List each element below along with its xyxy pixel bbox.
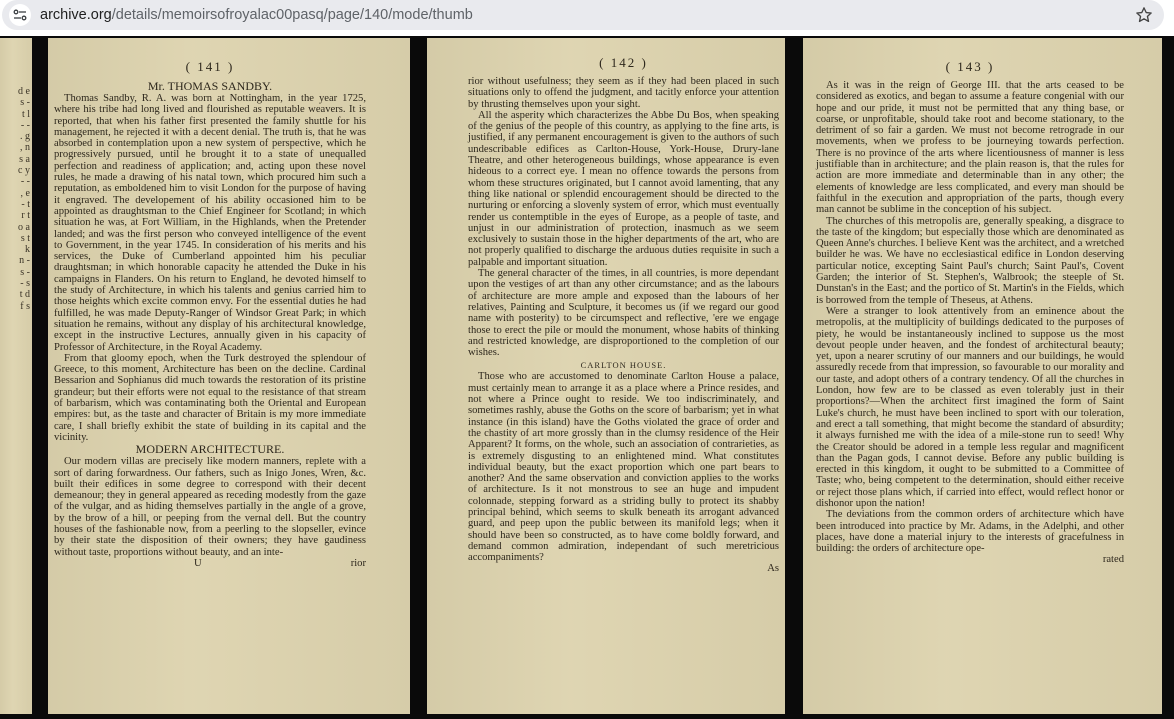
address-bar[interactable]: archive.org/details/memoirsofroyalac00pa… xyxy=(2,0,1164,30)
paragraph: Our modern villas are precisely like mod… xyxy=(54,456,366,558)
page-number: ( 142 ) xyxy=(468,56,779,70)
page-content: ( 142 ) rior without usefulness; they se… xyxy=(468,56,779,574)
page-text-fragment: d e s - t l - - . g , n s a c y - - , e … xyxy=(18,86,30,312)
signature-mark: U xyxy=(194,558,202,569)
browser-toolbar: archive.org/details/memoirsofroyalac00pa… xyxy=(0,0,1174,36)
url-host: archive.org xyxy=(40,7,112,23)
paragraph: The churches of this metropolis are, gen… xyxy=(816,216,1124,306)
paragraph: Thomas Sandby, R. A. was born at Notting… xyxy=(54,93,366,353)
paragraph: The deviations from the common orders of… xyxy=(816,509,1124,554)
page-thumbnail-141[interactable]: ( 141 ) Mr. THOMAS SANDBY. Thomas Sandby… xyxy=(48,38,410,714)
paragraph: rior without usefulness; they seem as if… xyxy=(468,76,779,110)
page-number: ( 141 ) xyxy=(54,60,366,74)
catchword: rior xyxy=(351,558,366,569)
section-heading: Mr. THOMAS SANDBY. xyxy=(54,80,366,93)
page-footer: As xyxy=(468,563,779,574)
page-footer: rated xyxy=(816,554,1124,565)
paragraph: From that gloomy epoch, when the Turk de… xyxy=(54,353,366,443)
page-thumbnail-partial[interactable]: d e s - t l - - . g , n s a c y - - , e … xyxy=(0,38,32,714)
catchword: As xyxy=(767,563,779,574)
paragraph: The general character of the times, in a… xyxy=(468,268,779,358)
tune-icon xyxy=(13,8,27,22)
page-number: ( 143 ) xyxy=(816,60,1124,74)
page-content: ( 143 ) As it was in the reign of George… xyxy=(816,60,1124,565)
page-content: ( 141 ) Mr. THOMAS SANDBY. Thomas Sandby… xyxy=(54,60,366,569)
page-thumbnail-142[interactable]: ( 142 ) rior without usefulness; they se… xyxy=(427,38,785,714)
site-info-button[interactable] xyxy=(9,4,31,26)
book-viewer: d e s - t l - - . g , n s a c y - - , e … xyxy=(0,36,1174,719)
catchword: rated xyxy=(1103,554,1124,565)
paragraph: All the asperity which characterizes the… xyxy=(468,110,779,268)
url-text[interactable]: archive.org/details/memoirsofroyalac00pa… xyxy=(40,7,473,23)
page-thumbnail-143[interactable]: ( 143 ) As it was in the reign of George… xyxy=(803,38,1162,714)
paragraph: Those who are accustomed to denominate C… xyxy=(468,371,779,563)
section-heading: CARLTON HOUSE. xyxy=(468,360,779,371)
bookmark-button[interactable] xyxy=(1134,5,1154,25)
star-icon xyxy=(1135,6,1153,24)
page-footer: U rior xyxy=(54,558,366,569)
url-path: /details/memoirsofroyalac00pasq/page/140… xyxy=(112,7,473,23)
paragraph: Were a stranger to look attentively from… xyxy=(816,306,1124,509)
paragraph: As it was in the reign of George III. th… xyxy=(816,80,1124,216)
section-heading: MODERN ARCHITECTURE. xyxy=(54,443,366,456)
